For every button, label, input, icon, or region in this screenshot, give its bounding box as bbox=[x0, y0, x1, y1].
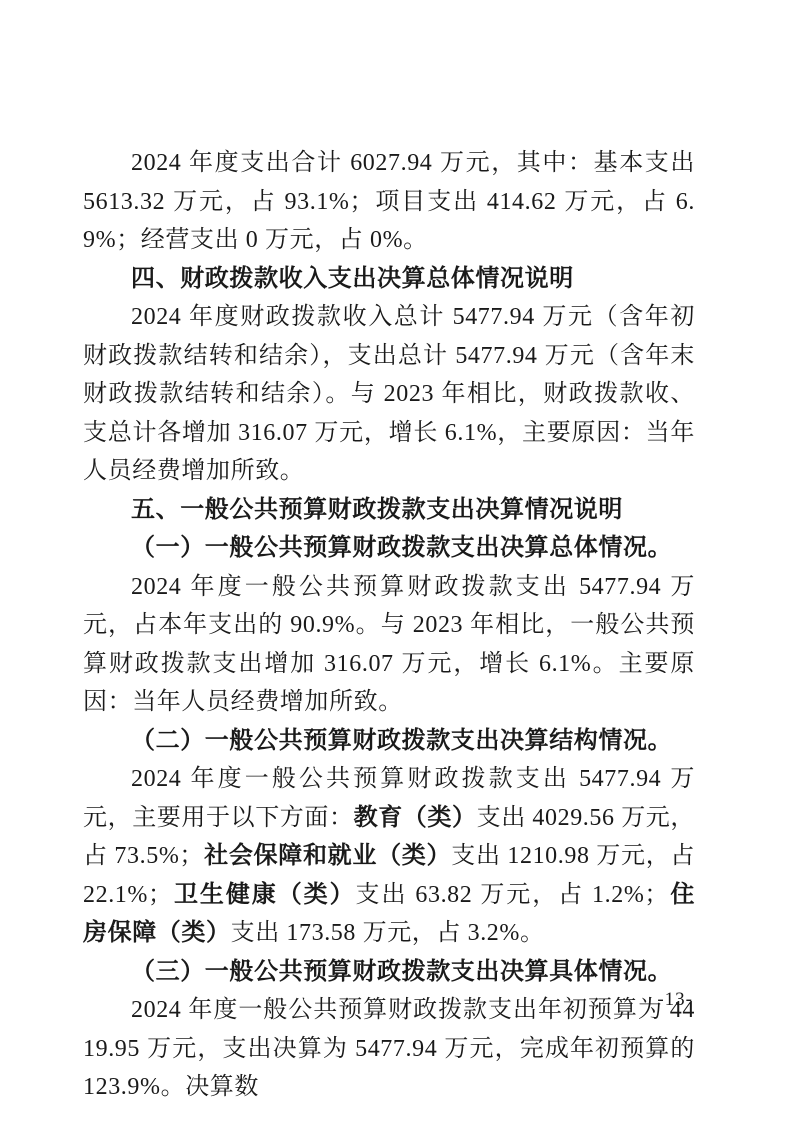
subheading-expenditure-detail: （三）一般公共预算财政拨款支出决算具体情况。 bbox=[83, 953, 695, 992]
paragraph-expenditure-structure: 2024 年度一般公共预算财政拨款支出 5477.94 万元，主要用于以下方面：… bbox=[83, 760, 695, 953]
heading-section-four-fiscal-appropriation: 四、财政拨款收入支出决算总体情况说明 bbox=[83, 260, 695, 299]
heading-section-five-general-budget: 五、一般公共预算财政拨款支出决算情况说明 bbox=[83, 491, 695, 530]
body-text-segment: 支出 63.82 万元，占 1.2%； bbox=[356, 882, 670, 908]
document-body: 2024 年度支出合计 6027.94 万元，其中：基本支出 5613.32 万… bbox=[83, 144, 695, 1107]
paragraph-fiscal-appropriation-overview: 2024 年度财政拨款收入总计 5477.94 万元（含年初财政拨款结转和结余）… bbox=[83, 298, 695, 491]
page-number: -13- bbox=[657, 989, 693, 1011]
expense-category-bold: 教育（类） bbox=[354, 804, 477, 831]
expense-category-bold: 社会保障和就业（类） bbox=[204, 842, 451, 869]
subheading-expenditure-structure: （二）一般公共预算财政拨款支出决算结构情况。 bbox=[83, 722, 695, 761]
expense-category-bold: 卫生健康（类） bbox=[173, 881, 356, 908]
body-text-segment: 支出 173.58 万元，占 3.2%。 bbox=[231, 920, 545, 946]
paragraph-expenditure-detail: 2024 年度一般公共预算财政拨款支出年初预算为 4419.95 万元，支出决算… bbox=[83, 991, 695, 1107]
paragraph-total-expenditure: 2024 年度支出合计 6027.94 万元，其中：基本支出 5613.32 万… bbox=[83, 144, 695, 260]
paragraph-general-budget-overall: 2024 年度一般公共预算财政拨款支出 5477.94 万元，占本年支出的 90… bbox=[83, 568, 695, 722]
document-page: 2024 年度支出合计 6027.94 万元，其中：基本支出 5613.32 万… bbox=[0, 0, 793, 1122]
subheading-general-budget-overall: （一）一般公共预算财政拨款支出决算总体情况。 bbox=[83, 529, 695, 568]
